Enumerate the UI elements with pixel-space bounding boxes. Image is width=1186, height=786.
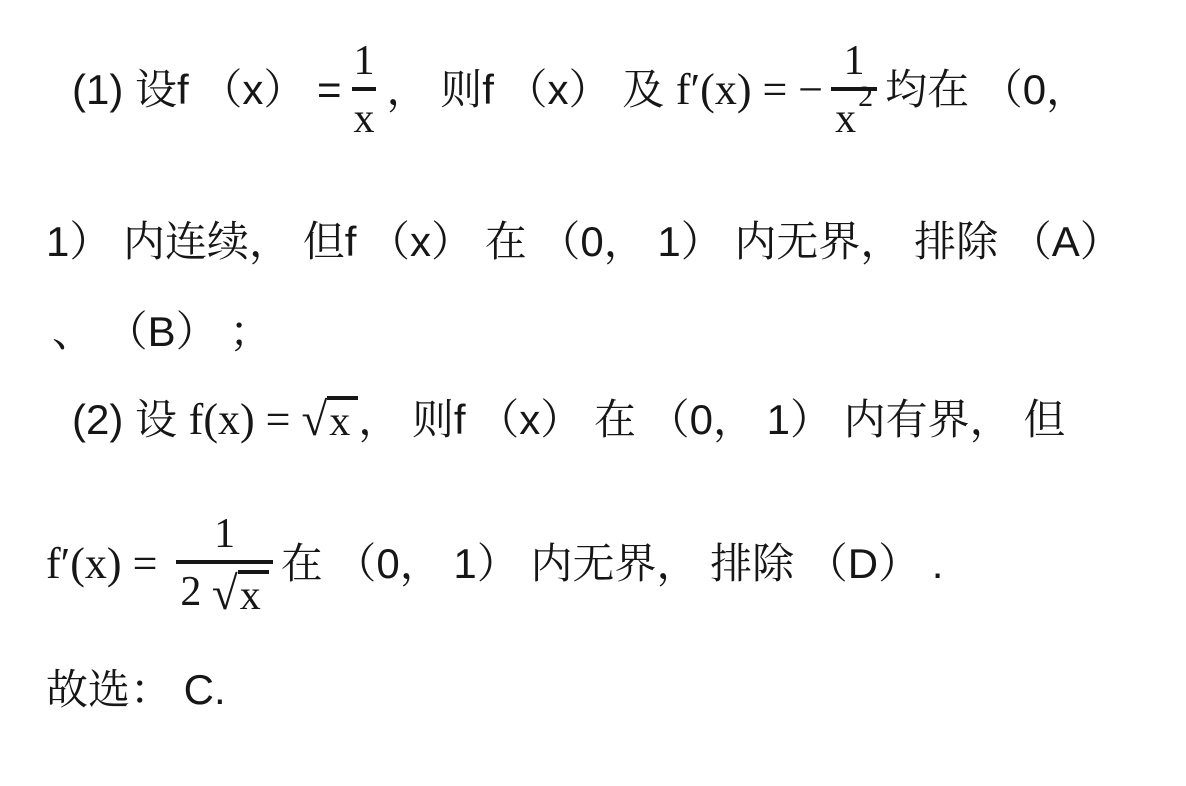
denominator-coefficient: 2	[180, 570, 212, 614]
fraction-one-over-x: 1 x	[350, 39, 379, 141]
solution-line-1: (1) 设f （x） = 1 x ， 则f （x） 及 f′(x) = − 1 …	[72, 10, 1088, 170]
solution-line-6: 故选： C.	[46, 660, 226, 720]
math-run-function: f(x) =	[189, 395, 302, 446]
text-run: 均在 （0，	[885, 66, 1088, 114]
text-run: ， 则f （x） 及	[387, 66, 676, 114]
text-run: 在 （0， 1） 内无界， 排除 （D） .	[281, 540, 944, 588]
fraction-one-over-two-sqrt-x: 1 2 √ x	[176, 512, 272, 617]
fraction-numerator: 1	[210, 512, 239, 560]
solution-line-4: (2) 设 f(x) = √ x ， 则f （x） 在 （0， 1） 内有界， …	[72, 384, 1065, 456]
math-run-derivative: f′(x) =	[46, 539, 168, 590]
text-run: 1） 内连续， 但f （x） 在 （0， 1） 内无界， 排除 （A）	[46, 218, 1122, 266]
denominator-base: x	[835, 97, 856, 141]
solution-document: (1) 设f （x） = 1 x ， 则f （x） 及 f′(x) = − 1 …	[0, 0, 1186, 786]
radical-icon: √	[212, 571, 238, 618]
radicand: x	[238, 570, 269, 617]
fraction-one-over-x-squared: 1 x2	[831, 39, 877, 141]
radical-icon: √	[301, 397, 327, 444]
text-run: (2) 设	[72, 396, 189, 444]
exponent: 2	[858, 81, 873, 113]
text-run: ， 则f （x） 在 （0， 1） 内有界， 但	[358, 396, 1065, 444]
text-run: (1) 设f （x） =	[72, 66, 342, 114]
math-run-derivative: f′(x) = −	[676, 65, 823, 116]
fraction-numerator: 1	[350, 39, 379, 87]
solution-line-3: 、 （B） ；	[52, 302, 271, 362]
fraction-denominator: x2	[831, 91, 877, 141]
sqrt-of-x: √ x	[301, 396, 358, 443]
text-run: 、 （B） ；	[52, 308, 271, 356]
fraction-denominator: x	[350, 91, 379, 141]
solution-line-2: 1） 内连续， 但f （x） 在 （0， 1） 内无界， 排除 （A）	[46, 212, 1122, 272]
answer-text: 故选： C.	[46, 666, 226, 714]
radicand: x	[327, 396, 358, 443]
sqrt-of-x: √ x	[212, 570, 269, 617]
solution-line-5: f′(x) = 1 2 √ x 在 （0， 1） 内无界， 排除 （D） .	[46, 482, 943, 647]
fraction-denominator: 2 √ x	[176, 564, 272, 617]
